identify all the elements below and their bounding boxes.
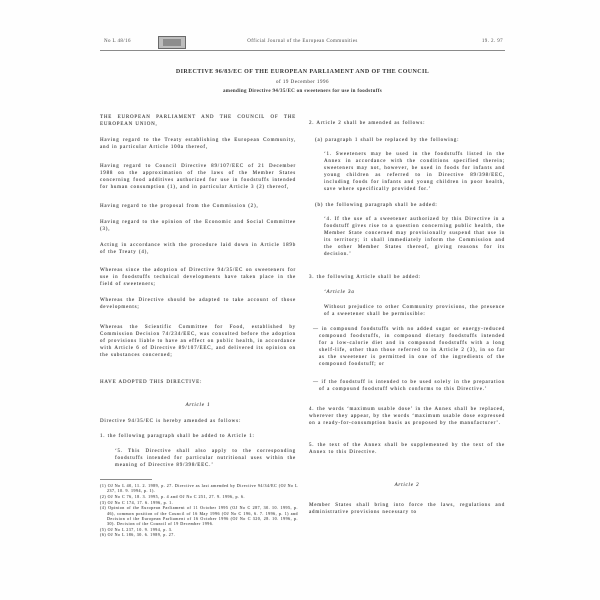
header-date: 19. 2. 97 [482,39,503,44]
amendment-item-3: 3. the following Article shall be added: [309,274,505,281]
inserted-article-3a-intro: Without prejudice to other Community pro… [309,304,505,318]
footnote-rule [100,479,152,480]
recital-whereas-3: Whereas the Scientific Committee for Foo… [100,324,296,359]
recital-whereas-2: Whereas the Directive should be adapted … [100,297,296,311]
amendment-item-1: 1. the following paragraph shall be adde… [100,433,296,440]
amendment-item-2a-quote: ‘1. Sweeteners may be used in the foodst… [309,151,505,193]
recital-treaty: Having regard to the Treaty establishing… [100,137,296,151]
footnote-2: (2) OJ No C 76, 18. 3. 1995, p. 4 and OJ… [100,494,298,499]
amendment-item-4: 4. the words ‘maximum usable dose’ in th… [309,406,505,427]
amendment-item-2b: (b) the following paragraph shall be add… [309,202,505,209]
article-1-intro: Directive 94/35/EC is hereby amended as … [100,418,296,425]
scanned-directive-page: No L 48/16 Official Journal of the Europ… [0,0,600,600]
amendment-item-5: 5. the text of the Annex shall be supple… [309,442,505,456]
page-header: No L 48/16 Official Journal of the Europ… [100,36,505,48]
inserted-article-3a-indent-1: — in compound foodstuffs with no added s… [309,326,505,368]
article-1-heading: Article 1 [100,402,296,409]
footnote-3: (3) OJ No C 174, 17. 6. 1996, p. 1. [100,500,298,505]
amendment-item-2b-quote: ‘4. If the use of a sweetener authorized… [309,216,505,258]
header-rule [100,50,505,51]
amendment-item-2a: (a) paragraph 1 shall be replaced by the… [309,137,505,144]
inserted-article-3a-heading: ‘Article 3a [309,289,505,296]
amendment-item-1-quote: ‘5. This Directive shall also apply to t… [100,448,296,469]
article-2-body: Member States shall bring into force the… [309,502,505,516]
directive-date: of 19 December 1996 [100,80,505,85]
recital-proposal: Having regard to the proposal from the C… [100,203,296,210]
recital-whereas-1: Whereas since the adoption of Directive … [100,267,296,288]
recital-directive-89-107: Having regard to Council Directive 89/10… [100,163,296,191]
recital-procedure: Acting in accordance with the procedure … [100,242,296,256]
left-column: THE EUROPEAN PARLIAMENT AND THE COUNCIL … [100,114,296,469]
enacting-formula: HAVE ADOPTED THIS DIRECTIVE: [100,379,296,386]
recital-esc-opinion: Having regard to the opinion of the Econ… [100,219,296,233]
footnote-1: (1) OJ No L 40, 11. 2. 1989, p. 27. Dire… [100,483,298,493]
preamble-parties: THE EUROPEAN PARLIAMENT AND THE COUNCIL … [100,114,296,128]
directive-subtitle: amending Directive 94/35/EC on sweetener… [100,89,505,94]
right-column: 2. Article 2 shall be amended as follows… [309,114,505,516]
article-2-heading: Article 2 [309,482,505,489]
footnote-6: (6) OJ No L 186, 30. 6. 1989, p. 27. [100,532,298,537]
footnotes-block: (1) OJ No L 40, 11. 2. 1989, p. 27. Dire… [100,483,298,538]
inserted-article-3a-indent-2: — if the foodstuff is intended to be use… [309,379,505,393]
directive-title: DIRECTIVE 96/83/EC OF THE EUROPEAN PARLI… [160,68,446,76]
footnote-4: (4) Opinion of the European Parliament o… [100,505,298,526]
directive-title-block: DIRECTIVE 96/83/EC OF THE EUROPEAN PARLI… [100,68,505,94]
footnote-5: (5) OJ No L 237, 10. 9. 1994, p. 3. [100,527,298,532]
amendment-item-2: 2. Article 2 shall be amended as follows… [309,120,505,127]
header-journal-title: Official Journal of the European Communi… [100,39,505,44]
